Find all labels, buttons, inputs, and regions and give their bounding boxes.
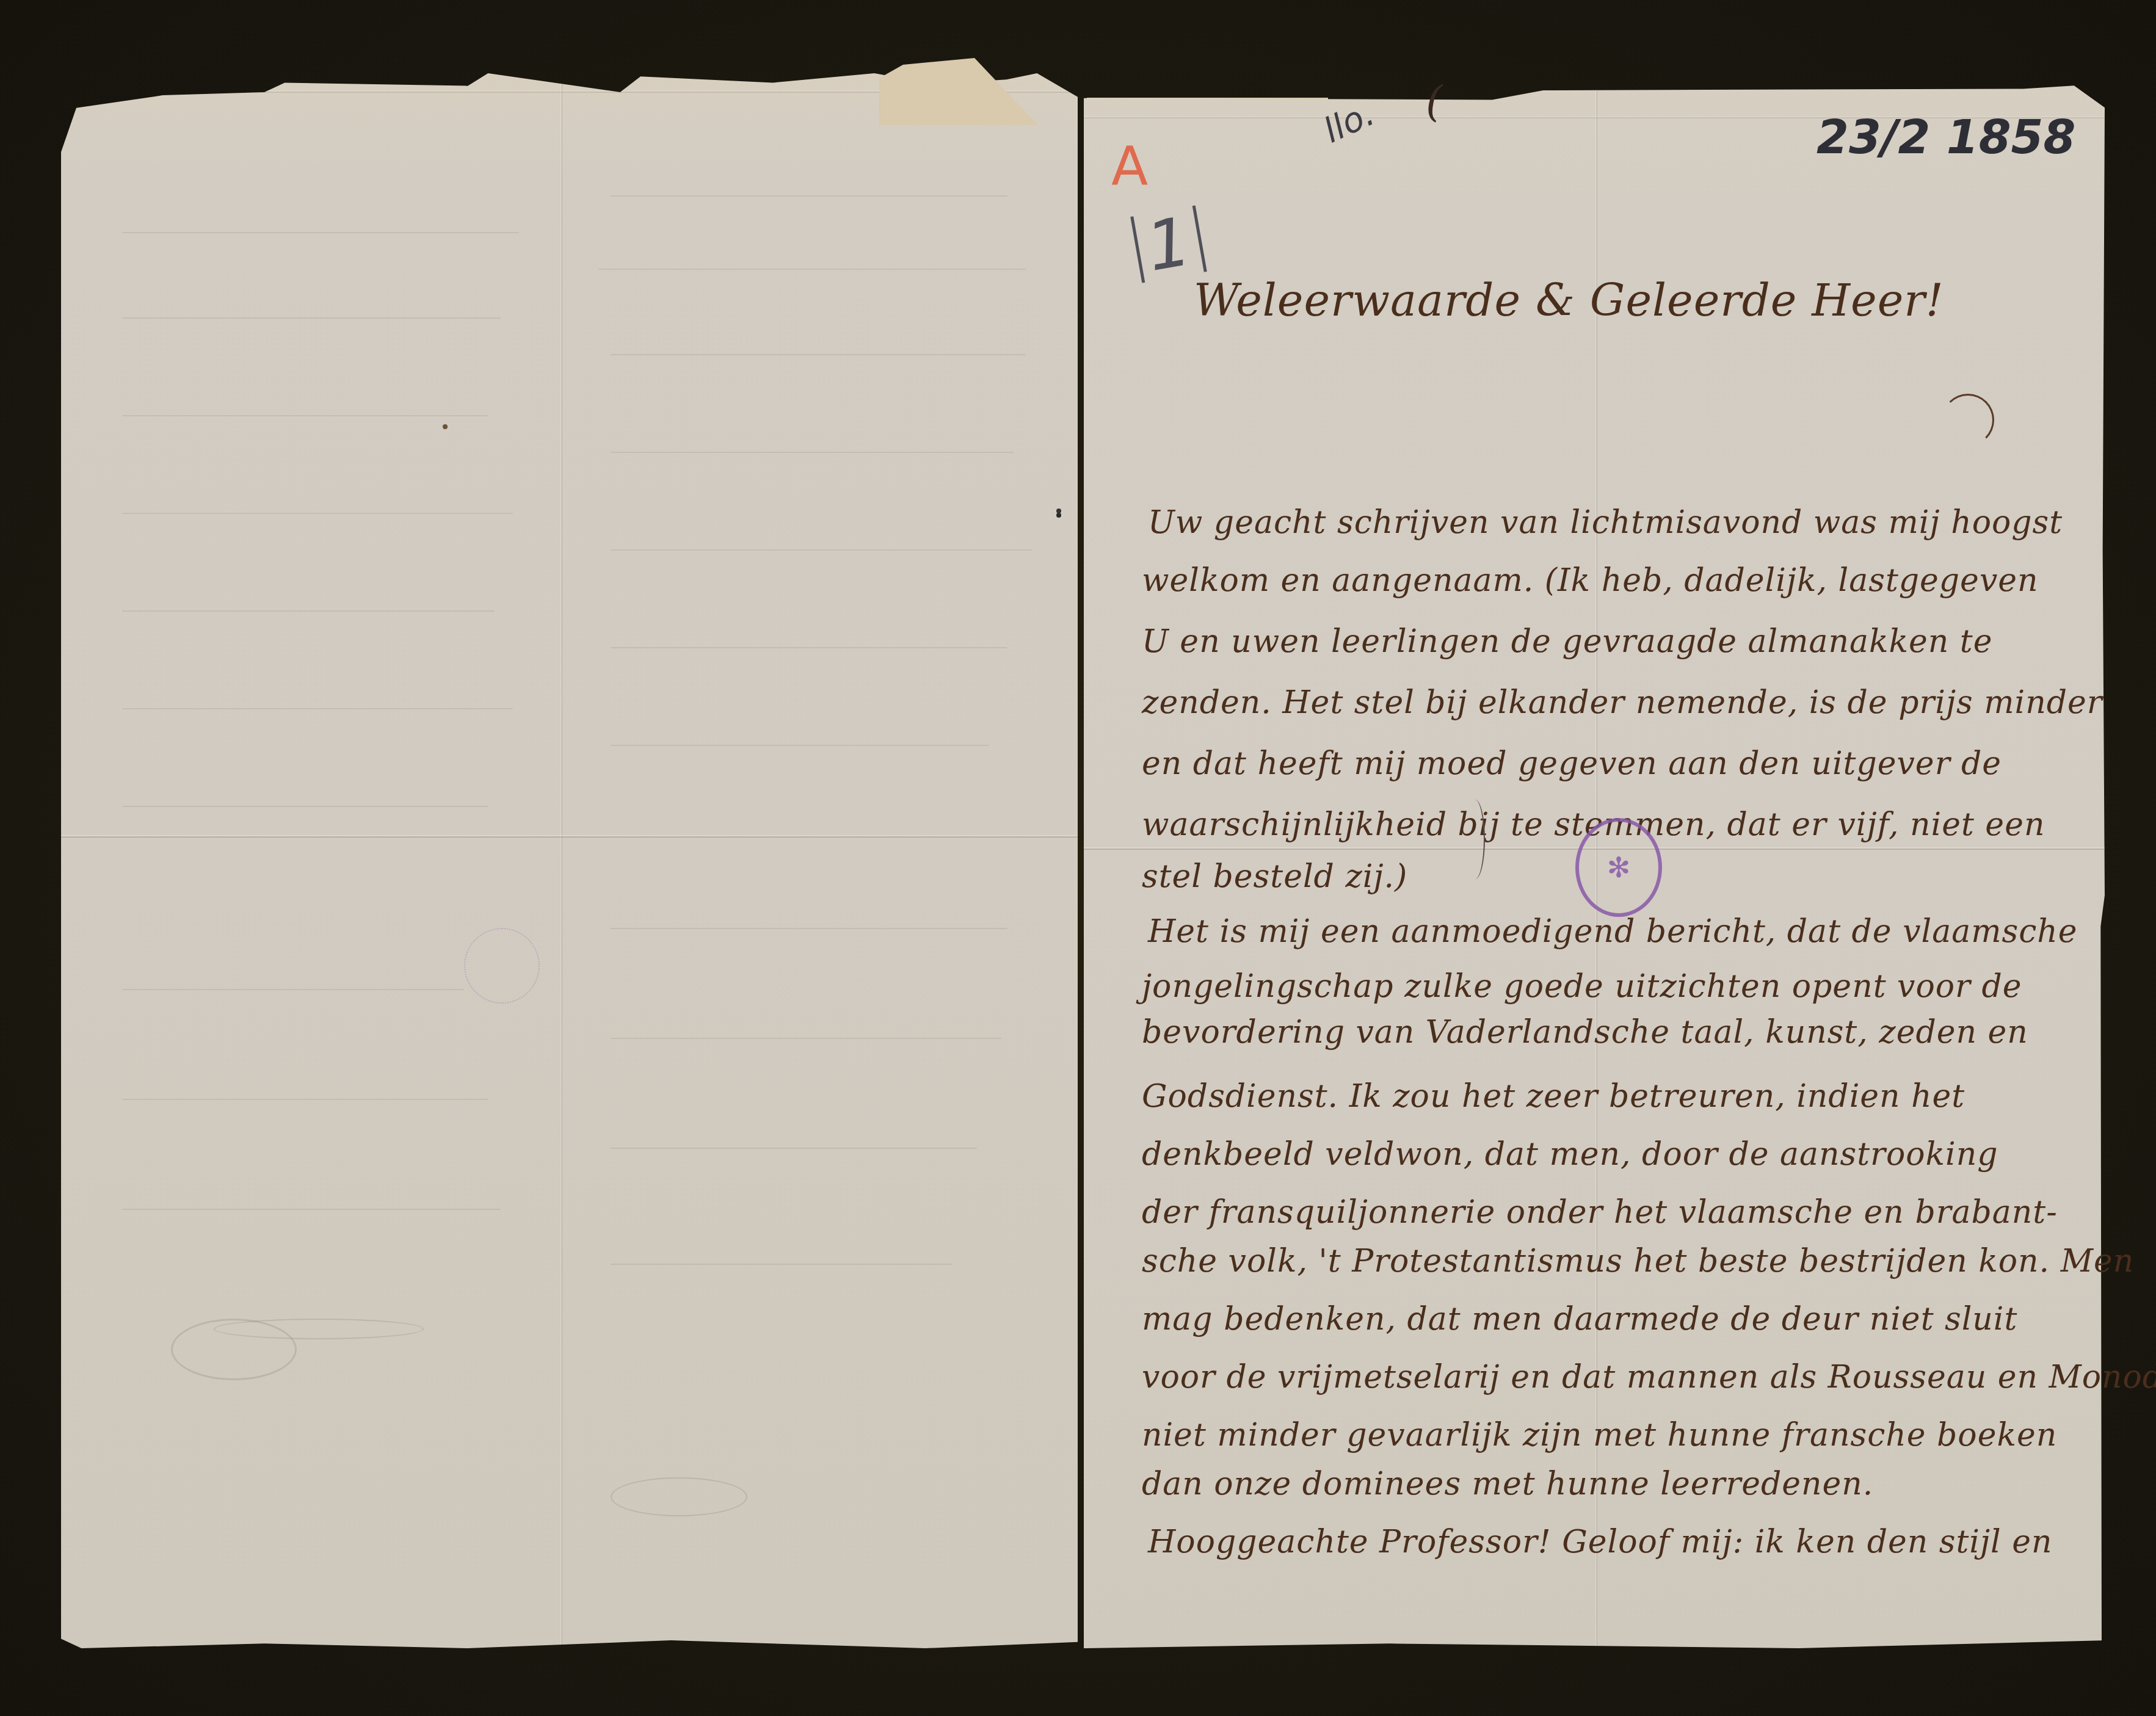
bleed-through-line (611, 549, 1032, 551)
archive-date: 23/2 1858 (1817, 110, 2075, 164)
body-line: Godsdienst. Ik zou het zeer betreuren, i… (1142, 1081, 1965, 1112)
vertical-fold (561, 73, 562, 1648)
bleed-through-line (122, 232, 519, 233)
body-line: jongelingschap zulke goede uitzichten op… (1142, 971, 2022, 1002)
body-line: zenden. Het stel bij elkander nemende, i… (1142, 687, 2103, 719)
bleed-through-line (122, 415, 488, 416)
ink-flourish (1942, 394, 1994, 446)
left-page (61, 73, 1078, 1648)
bleed-through-line (611, 354, 1026, 355)
bleed-through-line (122, 989, 464, 990)
library-stamp: ✻ (1575, 818, 1662, 917)
ink-spot (1056, 513, 1061, 518)
number-value: 1 (1141, 202, 1196, 286)
body-line: welkom en aangenaam. (Ik heb, dadelijk, … (1142, 565, 2039, 596)
bleed-through-line (122, 1209, 501, 1210)
bleed-through-line (611, 745, 989, 746)
paren-mark: ( (1426, 76, 1443, 126)
bleed-through-line (611, 452, 1014, 453)
body-line: en dat heeft mij moed gegeven aan den ui… (1142, 748, 2002, 780)
bleed-through-line (122, 806, 488, 807)
bleed-through-line (611, 1038, 1001, 1039)
body-line: der fransquiljonnerie onder het vlaamsch… (1142, 1196, 2058, 1228)
bleed-through-line (611, 1148, 977, 1149)
body-line: voor de vrijmetselarij en dat mannen als… (1142, 1361, 2156, 1393)
salutation: Weleerwaarde & Geleerde Heer! (1194, 275, 1944, 326)
bleed-through-line (122, 610, 495, 612)
body-line: mag bedenken, dat men daarmede de deur n… (1142, 1303, 2017, 1335)
bracketed-number: 1 (1130, 205, 1207, 283)
bleed-through-line (598, 269, 1026, 270)
body-line: stel besteld zij.) (1142, 861, 1407, 892)
body-line: sche volk, 't Protestantismus het beste … (1142, 1245, 2134, 1277)
stamp-glyph: ✻ (1607, 851, 1631, 884)
bleed-through-flourish (611, 1477, 747, 1516)
bleed-through-line (611, 195, 1007, 197)
body-line: niet minder gevaarlijk zijn met hunne fr… (1142, 1419, 2057, 1451)
body-line: dan onze dominees met hunne leerredenen. (1142, 1468, 1873, 1500)
red-pencil-letter: A (1111, 134, 1148, 197)
closing-parenthesis (1465, 800, 1485, 879)
ink-spot (443, 424, 448, 429)
body-line: U en uwen leerlingen de gevraagde almana… (1142, 626, 1993, 657)
body-line: Uw geacht schrijven van lichtmisavond wa… (1148, 507, 2063, 538)
bleed-through-line (122, 708, 513, 709)
bleed-through-line (611, 647, 1007, 648)
bleed-through-signature-stroke (214, 1319, 424, 1339)
bleed-through-line (611, 928, 1007, 929)
body-line: Het is mij een aanmoedigend bericht, dat… (1148, 916, 2078, 947)
bleed-through-line (122, 513, 513, 514)
horizontal-fold (61, 835, 1078, 838)
bleed-through-line (122, 1099, 488, 1100)
bleed-through-line (611, 1264, 953, 1265)
body-line: denkbeeld veldwon, dat men, door de aans… (1142, 1139, 1998, 1170)
body-line: Hooggeachte Professor! Geloof mij: ik ke… (1148, 1526, 2053, 1558)
bleed-through-line (122, 317, 501, 319)
bleed-through-stamp (464, 928, 540, 1004)
body-line: bevordering van Vaderlandsche taal, kuns… (1142, 1016, 2028, 1048)
